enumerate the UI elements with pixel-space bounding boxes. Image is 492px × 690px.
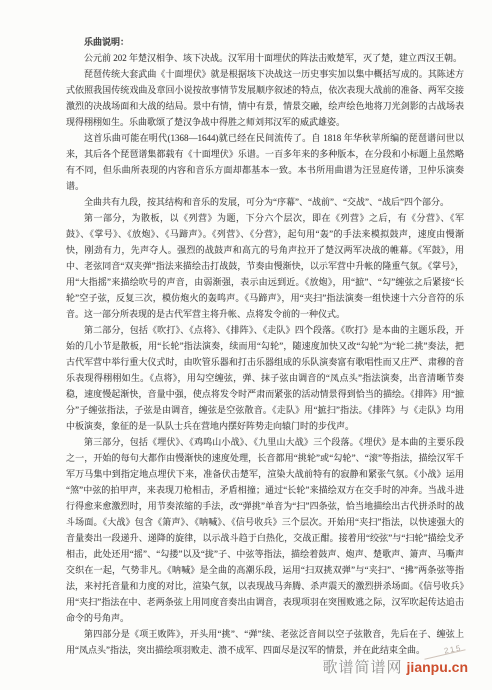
paragraph: 第二部分，包括《吹打》、《点将》、《排阵》、《走队》四个段落。《吹打》是本曲的主… bbox=[66, 322, 464, 434]
paragraph: 琵琶传统大套武曲《十面埋伏》就是根据垓下决战这一历史事实加以集中概括写成的。其陈… bbox=[66, 66, 464, 130]
watermark-site-name: 歌谱简谱网 bbox=[323, 660, 403, 676]
paragraph: 公元前 202 年楚汉相争、垓下决战。汉军用十面埋伏的阵法击败楚军，灭了楚，建立… bbox=[66, 50, 464, 66]
watermark-domain: jianpu.cn bbox=[407, 659, 468, 675]
watermark: 215 歌谱简谱网jianpu.cn bbox=[323, 656, 468, 680]
body-text: 乐曲说明： 公元前 202 年楚汉相争、垓下决战。汉军用十面埋伏的阵法击败楚军，… bbox=[66, 34, 464, 658]
scanned-book-page: 乐曲说明： 公元前 202 年楚汉相争、垓下决战。汉军用十面埋伏的阵法击败楚军，… bbox=[0, 0, 492, 690]
paragraph: 第三部分，包括《埋伏》、《鸡鸣山小战》、《九里山大战》三个段落。《埋伏》是本曲的… bbox=[66, 434, 464, 626]
paragraph: 第四部分是《项王败阵》，开头用“挑”、“弹”续、老弦泛音间以空子弦散音，先后在子… bbox=[66, 626, 464, 658]
paragraph: 这首乐曲可能在明代(1368—1644)就已经在民间流传了。自 1818 年华秋… bbox=[66, 130, 464, 194]
paragraph: 第一部分，为散板，以《列营》为题，下分六个层次，即在《列营》之后，有《分营》、《… bbox=[66, 210, 464, 322]
section-heading: 乐曲说明： bbox=[66, 34, 464, 50]
paragraphs-container: 公元前 202 年楚汉相争、垓下决战。汉军用十面埋伏的阵法击败楚军，灭了楚，建立… bbox=[66, 50, 464, 658]
paragraph: 全曲共有九段，按其结构和音乐的发展，可分为“序幕”、“战前”、“交战”、“战后”… bbox=[66, 194, 464, 210]
